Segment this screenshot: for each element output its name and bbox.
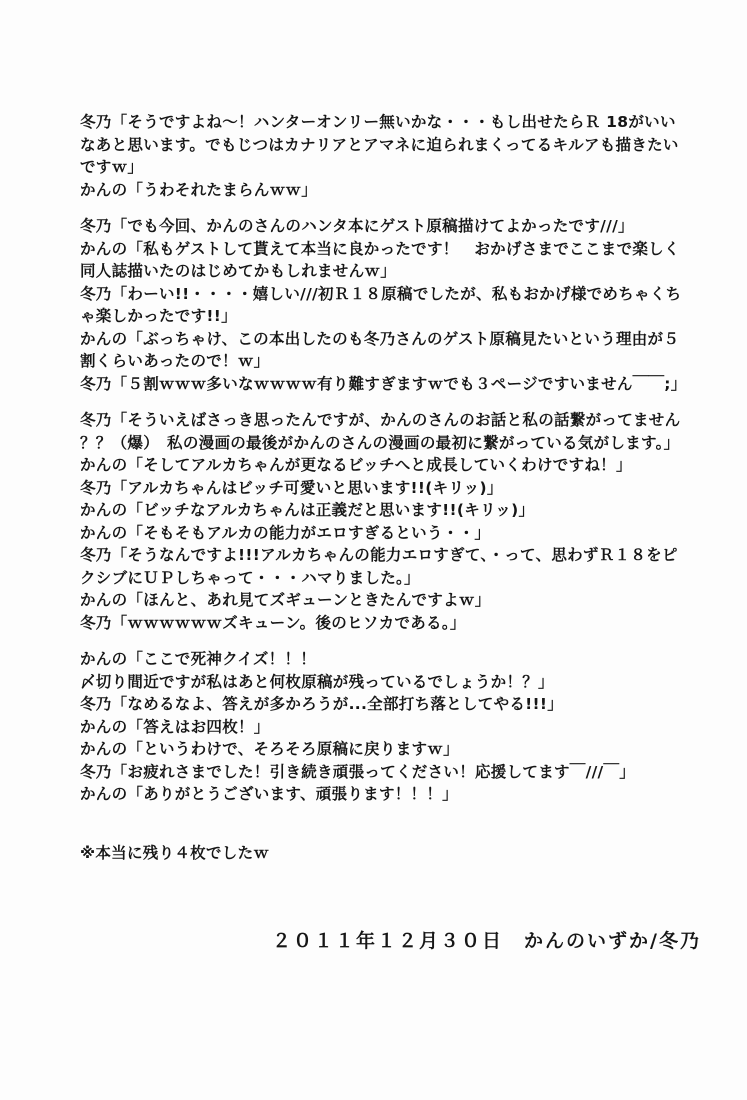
scanned-page: 冬乃「そうですよね～！ハンターオンリー無いかな・・・もし出せたらＲ 18がいいな… [0, 0, 747, 1100]
dialogue-line: 冬乃「でも今回、かんのさんのハンタ本にゲスト原稿描けてよかったです///」 [80, 215, 690, 238]
dialogue-line: かんの「うわそれたまらんｗｗ」 [80, 179, 690, 202]
dialogue-line: かんの「ビッチなアルカちゃんは正義だと思います!!(キリッ)」 [80, 499, 690, 522]
dialogue-line: かんの「私もゲストして貰えて本当に良かったです！ おかげさまでここまで楽しく [80, 238, 690, 261]
dialogue-line: かんの「そもそもアルカの能力がエロすぎるという・・」 [80, 522, 690, 545]
date-signature: ２０１１年１２月３０日 かんのいずか/冬乃 [272, 928, 690, 954]
dialogue-line: かんの「ありがとうございます、頑張ります！！！」 [80, 783, 690, 806]
afterword-text: 冬乃「そうですよね～！ハンターオンリー無いかな・・・もし出せたらＲ 18がいいな… [80, 111, 690, 954]
dialogue-line: 冬乃「なめるなよ、答えが多かろうが...全部打ち落としてやる!!!」 [80, 693, 690, 716]
dialogue-line: 冬乃「そういえばさっき思ったんですが、かんのさんのお話と私の話繋がってません [80, 409, 690, 432]
dialogue-line: かんの「ここで死神クイズ！！！ [80, 648, 690, 671]
dialogue-line: ですｗ」 [80, 156, 690, 179]
dialogue-line: ゃ楽しかったです!!」 [80, 305, 690, 328]
dialogue-line: かんの「そしてアルカちゃんが更なるビッチへと成長していくわけですね！」 [80, 454, 690, 477]
dialogue-line: かんの「というわけで、そろそろ原稿に戻りますｗ」 [80, 738, 690, 761]
dialogue-block: 冬乃「そういえばさっき思ったんですが、かんのさんのお話と私の話繋がってません？？… [80, 409, 690, 634]
dialogue-line: 冬乃「５割ｗｗｗ多いなｗｗｗｗ有り難すぎますｗでも３ページですいません￣￣;」 [80, 373, 690, 396]
dialogue-blocks: 冬乃「そうですよね～！ハンターオンリー無いかな・・・もし出せたらＲ 18がいいな… [80, 111, 690, 806]
dialogue-line: かんの「答えはお四枚！」 [80, 716, 690, 739]
dialogue-line: かんの「ほんと、あれ見てズギューンときたんですよｗ」 [80, 589, 690, 612]
dialogue-line: ？？（爆） 私の漫画の最後がかんのさんの漫画の最初に繋がっている気がします。」 [80, 432, 690, 455]
dialogue-block: 冬乃「そうですよね～！ハンターオンリー無いかな・・・もし出せたらＲ 18がいいな… [80, 111, 690, 201]
dialogue-line: 冬乃「そうなんですよ!!!アルカちゃんの能力エロすぎて、・って、思わずＲ１８をピ [80, 544, 690, 567]
dialogue-line: 冬乃「わーい!!・・・・嬉しい///初Ｒ１８原稿でしたが、私もおかげ様でめちゃく… [80, 283, 690, 306]
dialogue-block: 冬乃「でも今回、かんのさんのハンタ本にゲスト原稿描けてよかったです///」かんの… [80, 215, 690, 395]
dialogue-line: クシブにＵＰしちゃって・・・ハマりました。」 [80, 567, 690, 590]
dialogue-line: 冬乃「アルカちゃんはビッチ可愛いと思います!!(キリッ)」 [80, 477, 690, 500]
dialogue-line: かんの「ぶっちゃけ、この本出したのも冬乃さんのゲスト原稿見たいという理由が５ [80, 328, 690, 351]
dialogue-line: 〆切り間近ですが私はあと何枚原稿が残っているでしょうか！？」 [80, 671, 690, 694]
dialogue-line: 冬乃「そうですよね～！ハンターオンリー無いかな・・・もし出せたらＲ 18がいい [80, 111, 690, 134]
dialogue-line: 冬乃「お疲れさまでした！引き続き頑張ってください！応援してます￣///￣」 [80, 761, 690, 784]
dialogue-line: 冬乃「ｗｗｗｗｗｗズキューン。後のヒソカである。」 [80, 612, 690, 635]
dialogue-line: 同人誌描いたのはじめてかもしれませんｗ」 [80, 260, 690, 283]
dialogue-line: なあと思います。でもじつはカナリアとアマネに迫られまくってるキルアも描きたい [80, 134, 690, 157]
dialogue-block: かんの「ここで死神クイズ！！！〆切り間近ですが私はあと何枚原稿が残っているでしょ… [80, 648, 690, 806]
dialogue-line: 割くらいあったので！ｗ」 [80, 350, 690, 373]
remaining-pages-note: ※本当に残り４枚でしたｗ [80, 842, 690, 865]
